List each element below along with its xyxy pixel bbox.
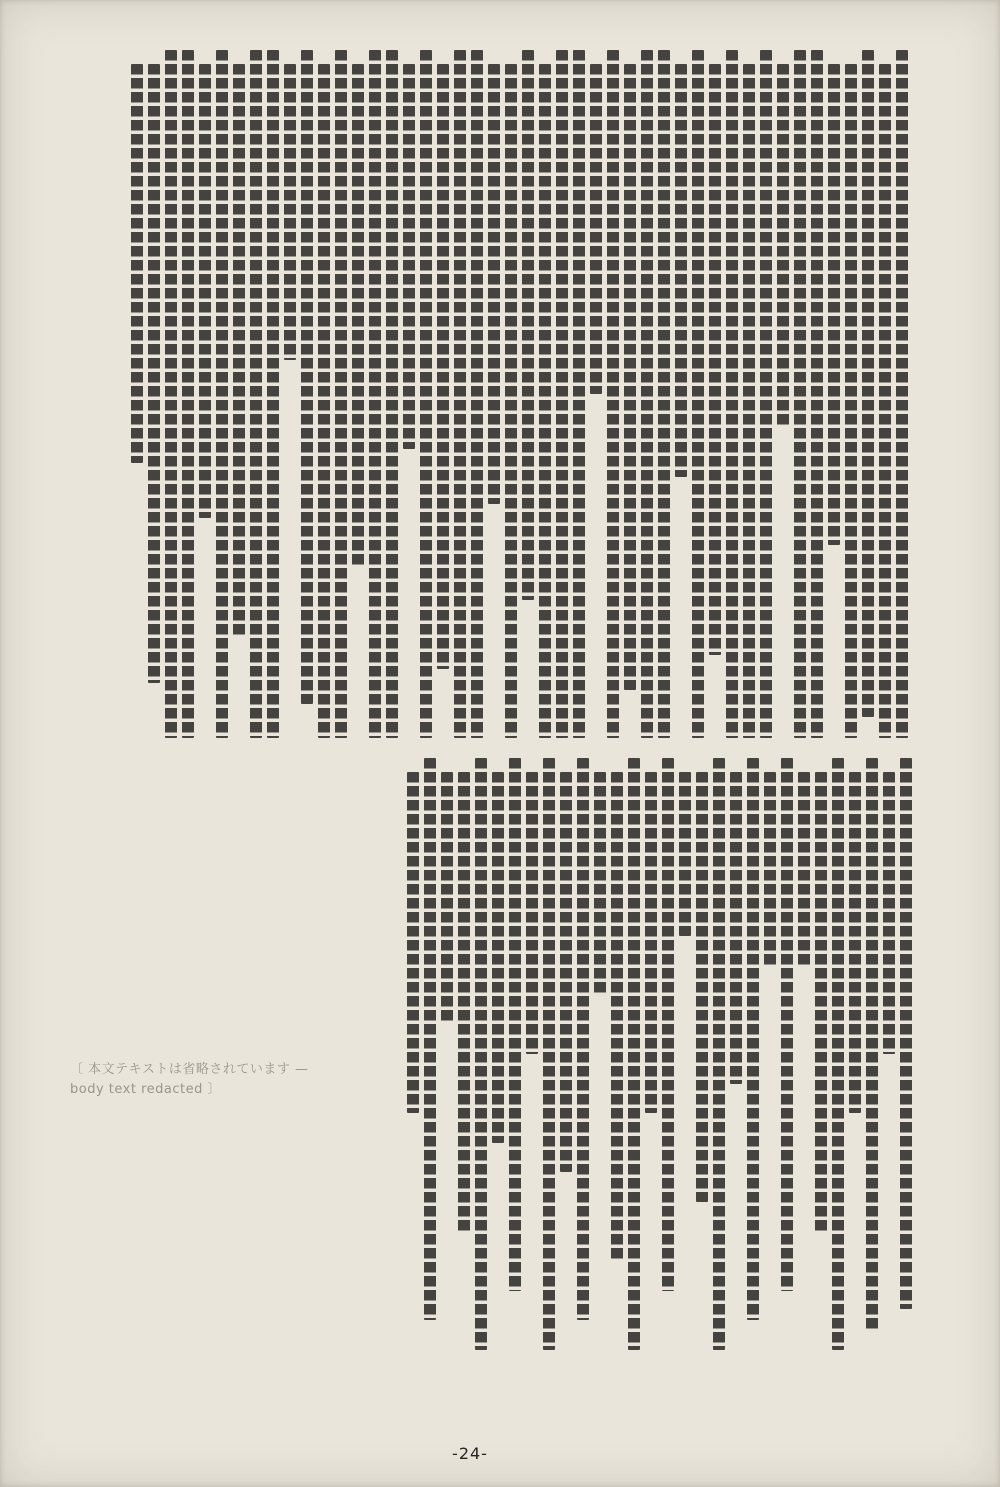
- redacted-text-column: [692, 50, 704, 738]
- redacted-text-column: [879, 64, 891, 738]
- redacted-text-column: [284, 64, 296, 360]
- redacted-text-column: [335, 50, 347, 738]
- redacted-text-column: [556, 50, 568, 738]
- redacted-text-column: [760, 50, 772, 738]
- redacted-text-column: [764, 772, 776, 965]
- redacted-text-column: [573, 50, 585, 738]
- redacted-text-column: [849, 772, 861, 1113]
- redacted-text-column: [318, 64, 330, 738]
- redacted-text-column: [645, 772, 657, 1113]
- redacted-text-column: [420, 50, 432, 738]
- redacted-text-column: [607, 50, 619, 738]
- redacted-text-column: [726, 50, 738, 738]
- redacted-text-column: [386, 50, 398, 738]
- redacted-text-column: [628, 758, 640, 1350]
- redacted-text-column: [543, 758, 555, 1350]
- redacted-text-column: [679, 772, 691, 936]
- redacted-text-column: [369, 50, 381, 738]
- redacted-text-column: [641, 50, 653, 738]
- redacted-text-column: [624, 64, 636, 690]
- redacted-text-column: [611, 772, 623, 1261]
- text-block-top: [96, 50, 908, 738]
- redacted-text-column: [798, 772, 810, 965]
- redacted-text-column: [896, 50, 908, 738]
- redacted-text-column: [199, 64, 211, 518]
- redacted-text-column: [424, 758, 436, 1320]
- redacted-text-column: [811, 50, 823, 738]
- redacted-text-column: [165, 50, 177, 738]
- text-block-bottom: [390, 758, 912, 1350]
- redaction-notice: 〔 本文テキストは省略されています — body text redacted 〕: [70, 1060, 330, 1099]
- redacted-text-column: [696, 772, 708, 1202]
- redacted-text-column: [475, 758, 487, 1350]
- redacted-text-column: [862, 50, 874, 717]
- redacted-text-column: [730, 772, 742, 1084]
- redacted-text-column: [594, 772, 606, 995]
- redacted-text-column: [471, 50, 483, 738]
- redacted-text-column: [713, 758, 725, 1350]
- redacted-text-column: [233, 64, 245, 635]
- redacted-text-column: [845, 64, 857, 738]
- redacted-text-column: [743, 64, 755, 738]
- redacted-text-column: [505, 64, 517, 738]
- redacted-text-column: [437, 64, 449, 669]
- redacted-text-column: [794, 50, 806, 738]
- redacted-text-column: [900, 758, 912, 1309]
- redacted-text-column: [832, 758, 844, 1350]
- redacted-text-column: [131, 64, 143, 463]
- redacted-text-column: [577, 758, 589, 1320]
- redacted-text-column: [777, 64, 789, 428]
- redacted-text-column: [250, 50, 262, 738]
- redacted-text-column: [781, 758, 793, 1291]
- redacted-text-column: [403, 64, 415, 449]
- redacted-text-column: [539, 64, 551, 738]
- redacted-text-column: [658, 50, 670, 738]
- page-number: -24-: [0, 1444, 940, 1463]
- redacted-text-column: [458, 772, 470, 1232]
- redacted-text-column: [148, 64, 160, 683]
- redacted-text-column: [522, 50, 534, 600]
- redacted-text-column: [828, 64, 840, 545]
- redacted-text-column: [454, 50, 466, 738]
- redacted-text-column: [560, 772, 572, 1172]
- redacted-text-column: [662, 758, 674, 1291]
- redacted-text-column: [492, 772, 504, 1143]
- redacted-text-column: [488, 64, 500, 504]
- redacted-text-column: [407, 772, 419, 1113]
- redacted-text-column: [709, 64, 721, 655]
- redacted-text-column: [301, 50, 313, 704]
- redacted-text-column: [216, 50, 228, 738]
- redacted-text-column: [815, 772, 827, 1232]
- redacted-text-column: [747, 758, 759, 1320]
- redacted-text-column: [675, 64, 687, 477]
- redacted-text-column: [866, 758, 878, 1332]
- redacted-text-column: [509, 758, 521, 1291]
- redacted-text-column: [526, 772, 538, 1054]
- redacted-text-column: [441, 772, 453, 1024]
- redacted-text-column: [182, 50, 194, 738]
- redacted-text-column: [352, 64, 364, 566]
- redacted-text-column: [883, 772, 895, 1054]
- scanned-page: 〔 本文テキストは省略されています — body text redacted 〕…: [0, 0, 1000, 1487]
- redacted-text-column: [590, 64, 602, 394]
- redacted-text-column: [267, 50, 279, 738]
